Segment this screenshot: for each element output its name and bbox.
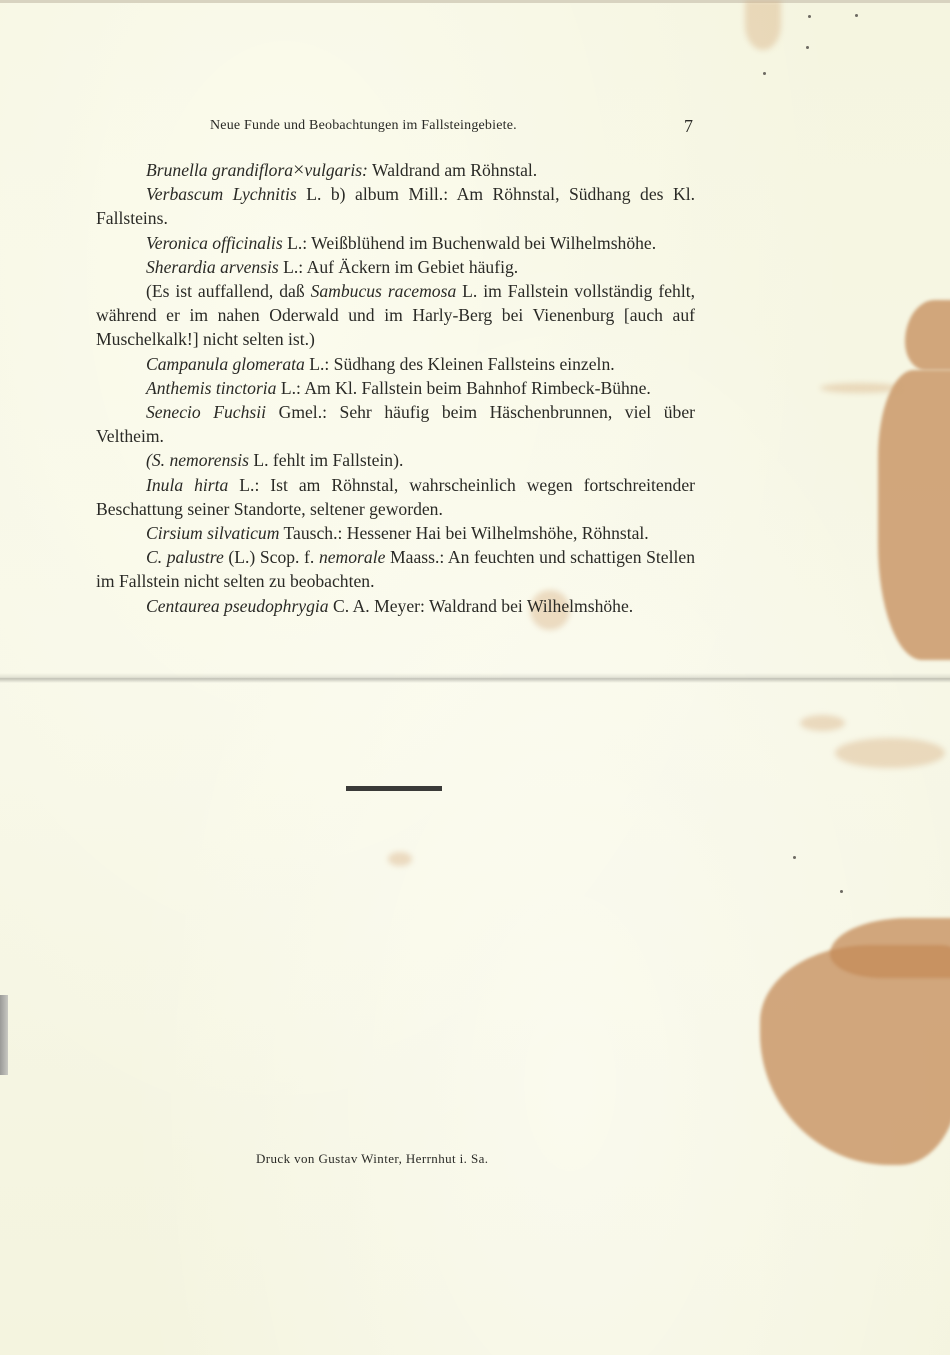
species-name: Campanula glomerata xyxy=(146,354,305,374)
entry-verbascum: Verbascum Lychnitis L. b) album Mill.: A… xyxy=(96,182,695,230)
speck xyxy=(763,72,766,75)
species-name: Sherardia arvensis xyxy=(146,257,279,277)
entry-campanula: Campanula glomerata L.: Südhang des Klei… xyxy=(96,352,695,376)
entry-senecio: Senecio Fuchsii Gmel.: Sehr häufig beim … xyxy=(96,400,695,448)
speck xyxy=(840,890,843,893)
speck xyxy=(806,46,809,49)
entry-text: L. fehlt im Fallstein). xyxy=(249,450,403,470)
entry-veronica: Veronica officinalis L.: Weißblühend im … xyxy=(96,231,695,255)
page-number: 7 xyxy=(684,116,693,137)
species-name: vulgaris: xyxy=(304,160,368,180)
species-name: Verbascum Lychnitis xyxy=(146,184,297,204)
entry-inula: Inula hirta L.: Ist am Röhnstal, wahrsch… xyxy=(96,473,695,521)
entry-brunella: Brunella grandiflora×vulgaris: Waldrand … xyxy=(96,158,695,182)
paper-fold xyxy=(0,673,950,683)
text-block: Brunella grandiflora×vulgaris: Waldrand … xyxy=(96,158,695,618)
section-end-rule xyxy=(346,786,442,791)
species-name: Brunella grandiflora xyxy=(146,160,293,180)
species-name: Anthemis tinctoria xyxy=(146,378,276,398)
species-name: (S. nemorensis xyxy=(146,450,249,470)
speck xyxy=(808,15,811,18)
species-name: Inula hirta xyxy=(146,475,228,495)
entry-anthemis: Anthemis tinctoria L.: Am Kl. Fallstein … xyxy=(96,376,695,400)
entry-sambucus-note: (Es ist auffallend, daß Sambucus racemos… xyxy=(96,279,695,352)
entry-text: L.: Südhang des Kleinen Fallsteins einze… xyxy=(305,354,615,374)
stain-right-streak xyxy=(820,383,900,393)
entry-senecio-nemorensis: (S. nemorensis L. fehlt im Fallstein). xyxy=(96,448,695,472)
entry-cirsium-silvaticum: Cirsium silvaticum Tausch.: Hessener Hai… xyxy=(96,521,695,545)
printer-imprint: Druck von Gustav Winter, Herrnhut i. Sa. xyxy=(256,1151,488,1167)
hybrid-sign: × xyxy=(293,159,304,181)
species-name: C. palustre xyxy=(146,547,224,567)
stain-small-spot xyxy=(388,852,412,866)
entry-text: Tausch.: Hessener Hai bei Wilhelmshöhe, … xyxy=(279,523,648,543)
species-name: Veronica officinalis xyxy=(146,233,283,253)
entry-cirsium-palustre: C. palustre (L.) Scop. f. nemorale Maass… xyxy=(96,545,695,593)
speck xyxy=(793,856,796,859)
species-name: Centaurea pseudophrygia xyxy=(146,596,329,616)
entry-text: Waldrand am Röhnstal. xyxy=(368,160,537,180)
entry-text: L.: Auf Äckern im Gebiet häufig. xyxy=(279,257,518,277)
entry-sherardia: Sherardia arvensis L.: Auf Äckern im Geb… xyxy=(96,255,695,279)
speck xyxy=(855,14,858,17)
stain-top xyxy=(745,0,781,50)
species-name: Sambucus racemosa xyxy=(311,281,457,301)
stain-right-lower-small xyxy=(800,715,845,731)
entry-centaurea: Centaurea pseudophrygia C. A. Meyer: Wal… xyxy=(96,594,695,618)
entry-text: L.: Weißblühend im Buchenwald bei Wil­he… xyxy=(283,233,656,253)
species-name: Senecio Fuchsii xyxy=(146,402,266,422)
running-head: Neue Funde und Beobachtungen im Fallstei… xyxy=(210,118,517,134)
page-top-edge xyxy=(0,0,950,3)
binding-edge xyxy=(0,995,8,1075)
stain-right-middle xyxy=(878,370,950,660)
entry-prefix: (Es ist auffallend, daß xyxy=(146,281,311,301)
entry-text: C. A. Meyer: Waldrand bei Wil­helmshöhe. xyxy=(329,596,634,616)
species-name: Cirsium silvaticum xyxy=(146,523,279,543)
entry-text: L.: Am Kl. Fallstein beim Bahnhof Rimbec… xyxy=(276,378,650,398)
species-name: nemorale xyxy=(319,547,385,567)
entry-text: (L.) Scop. f. xyxy=(224,547,319,567)
stain-right-lower-small2 xyxy=(835,738,945,768)
